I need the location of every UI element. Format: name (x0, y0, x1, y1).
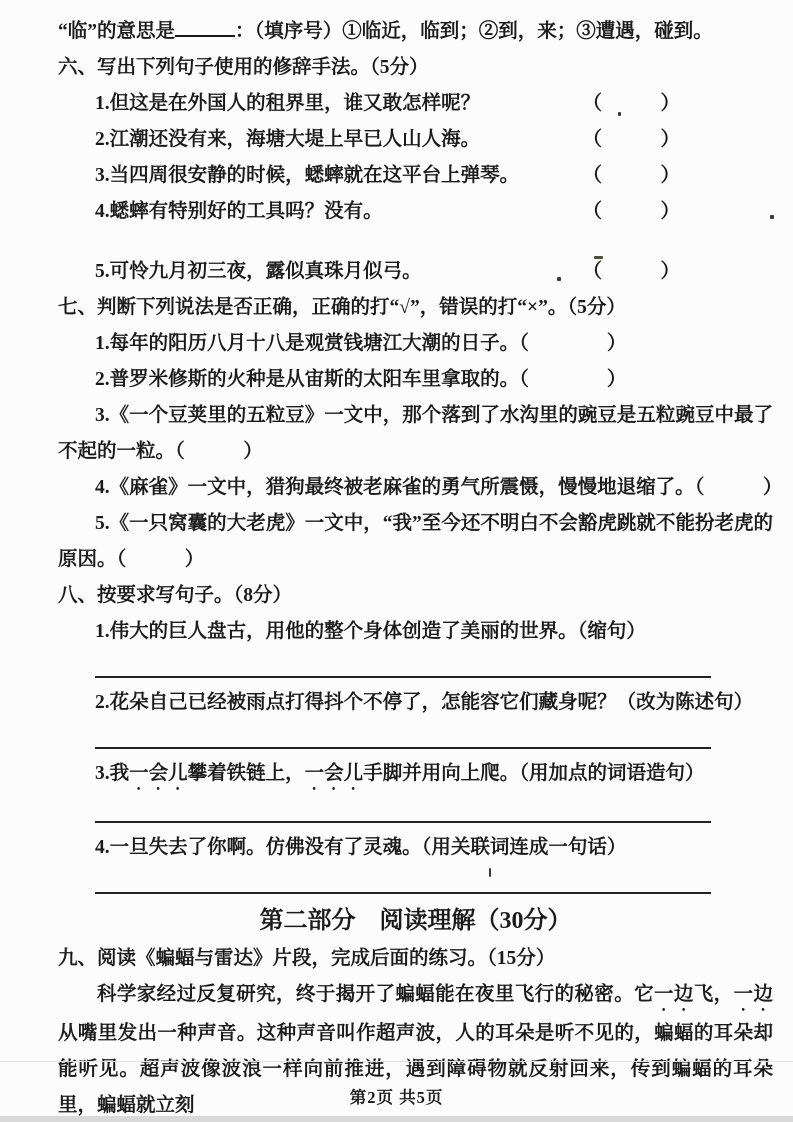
answer-writing-line (95, 892, 711, 894)
passage-segment: 科学家经过反复研究，终于揭开了蝙蝠能在夜里飞行的秘密。它 (97, 984, 654, 1005)
emphasis-dotted-word: 一边 (654, 984, 694, 1005)
question-text: 1.但这是在外国人的租界里，谁又敢怎样呢？ (58, 86, 480, 122)
question-text: 5.可怜九月初三夜，露似真珠月似弓。 (58, 254, 422, 290)
scan-bottom-edge (0, 1116, 793, 1122)
question-text: 2.江潮还没有来，海塘大堤上早已人山人海。 (58, 122, 480, 158)
answer-blank-underline (175, 16, 235, 38)
section9-title: 九、阅读《蝙蝠与雷达》片段，完成后面的练习。（15分） (58, 941, 773, 977)
section6-question-row: 1.但这是在外国人的租界里，谁又敢怎样呢？ （ ） (58, 86, 773, 122)
intro-text-pre: “临”的意思是 (58, 21, 175, 42)
section7-question: 5.《一只窝囊的大老虎》一文中，“我”至今还不明白不会豁虎跳就不能扮老虎的原因。… (58, 506, 773, 578)
section8-question: 1.伟大的巨人盘古，用他的整个身体创造了美丽的世界。（缩句） (58, 614, 773, 650)
section8-question: 4.一旦失去了你啊。仿佛没有了灵魂。（用关联词连成一句话） (58, 830, 773, 866)
question-segment: 3.我 (95, 763, 129, 784)
answer-writing-line (95, 676, 711, 678)
section6-question-row: 2.江潮还没有来，海塘大堤上早已人山人海。 （ ） (58, 122, 773, 158)
part2-heading: 第二部分 阅读理解（30分） (58, 901, 773, 941)
answer-parens: （ ） (582, 254, 680, 290)
section8-question: 3.我一会儿攀着铁链上，一会儿手脚并用向上爬。（用加点的词语造句） (58, 756, 773, 795)
section7-question: 3.《一个豆荚里的五粒豆》一文中，那个落到了水沟里的豌豆是五粒豌豆中最了不起的一… (58, 398, 773, 470)
section7-question: 1.每年的阳历八月十八是观赏钱塘江大潮的日子。（ ） (58, 326, 773, 362)
scan-speck (618, 112, 621, 116)
question-segment: 攀着铁链上， (188, 763, 305, 784)
section6-question-row: 4.蟋蟀有特别好的工具吗？没有。 （ ） (58, 194, 773, 230)
fill-in-blank-line: “临”的意思是：（填序号）①临近，临到；②到，来；③遭遇，碰到。 (58, 14, 773, 50)
scan-speck (557, 277, 561, 281)
section8-title: 八、按要求写句子。（8分） (58, 578, 773, 614)
answer-writing-line (95, 747, 711, 749)
question-segment: 手脚并用向上爬。（用加点的词语造句） (363, 763, 704, 784)
answer-parens: （ ） (582, 194, 680, 230)
intro-text-post: ：（填序号）①临近，临到；②到，来；③遭遇，碰到。 (235, 21, 713, 42)
section7-title: 七、判断下列说法是否正确，正确的打“√”，错误的打“×”。（5分） (58, 290, 773, 326)
scan-fold-line (0, 1061, 793, 1062)
page-footer: 第2页 共5页 (0, 1084, 793, 1108)
answer-parens: （ ） (582, 122, 680, 158)
section6-title: 六、写出下列句子使用的修辞手法。（5分） (58, 50, 773, 86)
scan-speck (594, 256, 603, 259)
emphasis-dotted-word: 一边 (734, 984, 773, 1005)
emphasis-dotted-word: 一会儿 (305, 763, 364, 784)
exam-content: “临”的意思是：（填序号）①临近，临到；②到，来；③遭遇，碰到。 六、写出下列句… (0, 0, 793, 1122)
section6-question-row: 3.当四周很安静的时候，蟋蟀就在这平台上弹琴。 （ ） (58, 158, 773, 194)
exam-paper-page: “临”的意思是：（填序号）①临近，临到；②到，来；③遭遇，碰到。 六、写出下列句… (0, 0, 793, 1122)
section6-question-row: 5.可怜九月初三夜，露似真珠月似弓。 （ ） (58, 254, 773, 290)
section7-question: 2.普罗米修斯的火种是从宙斯的太阳车里拿取的。（ ） (58, 362, 773, 398)
scan-speck (489, 868, 491, 877)
question-text: 4.蟋蟀有特别好的工具吗？没有。 (58, 194, 383, 230)
answer-parens: （ ） (582, 158, 680, 194)
emphasis-dotted-word: 一会儿 (129, 763, 188, 784)
scan-speck (770, 215, 774, 219)
passage-segment: 飞， (694, 984, 734, 1005)
section7-question: 4.《麻雀》一文中，猎狗最终被老麻雀的勇气所震慑，慢慢地退缩了。（ ） (58, 470, 773, 506)
answer-writing-line (95, 821, 711, 823)
answer-parens: （ ） (582, 86, 680, 122)
section8-question: 2.花朵自己已经被雨点打得抖个不停了，怎能容它们藏身呢？（改为陈述句） (58, 685, 773, 721)
question-text: 3.当四周很安静的时候，蟋蟀就在这平台上弹琴。 (58, 158, 519, 194)
